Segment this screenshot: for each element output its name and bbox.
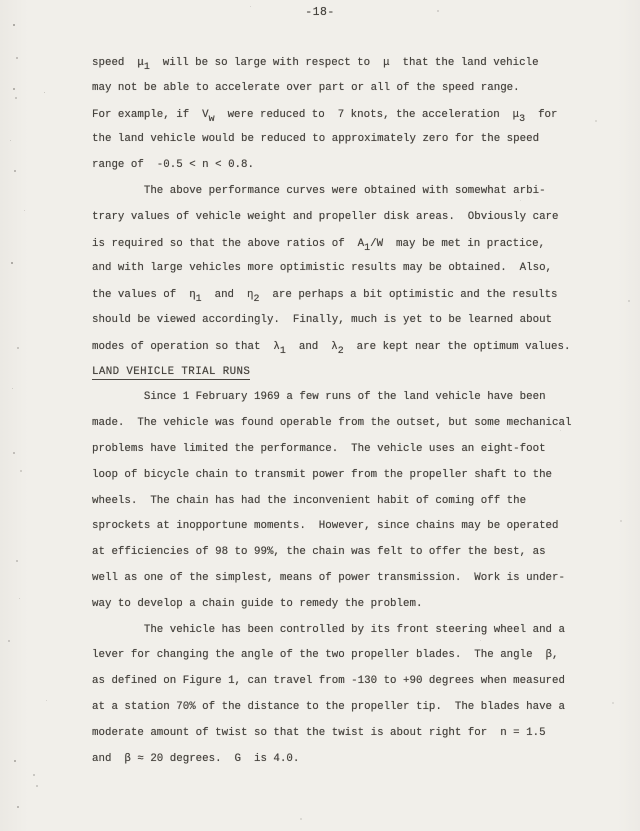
text-line: way to develop a chain guide to remedy t… — [92, 592, 592, 618]
subscript: 3 — [519, 113, 525, 124]
section-heading: LAND VEHICLE TRIAL RUNS — [92, 360, 592, 386]
text-line: For example, if Vw were reduced to 7 kno… — [92, 102, 592, 128]
subscript: 2 — [253, 293, 259, 304]
subscript: 2 — [338, 345, 344, 356]
text-line: loop of bicycle chain to transmit power … — [92, 463, 592, 489]
paragraph: The vehicle has been controlled by its f… — [92, 618, 592, 773]
subscript: 1 — [196, 293, 202, 304]
text-line: wheels. The chain has had the inconvenie… — [92, 489, 592, 515]
section-heading-text: LAND VEHICLE TRIAL RUNS — [92, 366, 250, 380]
text-line: at efficiencies of 98 to 99%, the chain … — [92, 540, 592, 566]
document-body: speed μ1 will be so large with respect t… — [92, 50, 592, 772]
subscript: 1 — [144, 61, 150, 72]
text-line: modes of operation so that λ1 and λ2 are… — [92, 334, 592, 360]
text-line: may not be able to accelerate over part … — [92, 76, 592, 102]
paragraph: Since 1 February 1969 a few runs of the … — [92, 385, 592, 617]
text-line: moderate amount of twist so that the twi… — [92, 721, 592, 747]
text-line: and β ≈ 20 degrees. G is 4.0. — [92, 747, 592, 773]
scanned-document-page: -18- speed μ1 will be so large with resp… — [0, 0, 640, 831]
subscript: w — [209, 113, 215, 124]
paragraph: speed μ1 will be so large with respect t… — [92, 50, 592, 179]
subscript: 1 — [364, 242, 370, 253]
text-line: is required so that the above ratios of … — [92, 231, 592, 257]
text-line: as defined on Figure 1, can travel from … — [92, 669, 592, 695]
text-line: at a station 70% of the distance to the … — [92, 695, 592, 721]
text-line: made. The vehicle was found operable fro… — [92, 411, 592, 437]
text-line: the values of η1 and η2 are perhaps a bi… — [92, 282, 592, 308]
text-line: The above performance curves were obtain… — [92, 179, 592, 205]
text-line: Since 1 February 1969 a few runs of the … — [92, 385, 592, 411]
text-line: trary values of vehicle weight and prope… — [92, 205, 592, 231]
text-line: range of -0.5 < n < 0.8. — [92, 153, 592, 179]
text-line: sprockets at inopportune moments. Howeve… — [92, 514, 592, 540]
page-number: -18- — [0, 6, 640, 19]
text-line: problems have limited the performance. T… — [92, 437, 592, 463]
scan-speck-noise-small — [0, 0, 1, 1]
text-line: should be viewed accordingly. Finally, m… — [92, 308, 592, 334]
text-line: speed μ1 will be so large with respect t… — [92, 50, 592, 76]
text-line: The vehicle has been controlled by its f… — [92, 618, 592, 644]
paragraph: The above performance curves were obtain… — [92, 179, 592, 360]
text-line: the land vehicle would be reduced to app… — [92, 127, 592, 153]
text-line: and with large vehicles more optimistic … — [92, 256, 592, 282]
text-line: lever for changing the angle of the two … — [92, 643, 592, 669]
text-line: well as one of the simplest, means of po… — [92, 566, 592, 592]
subscript: 1 — [280, 345, 286, 356]
